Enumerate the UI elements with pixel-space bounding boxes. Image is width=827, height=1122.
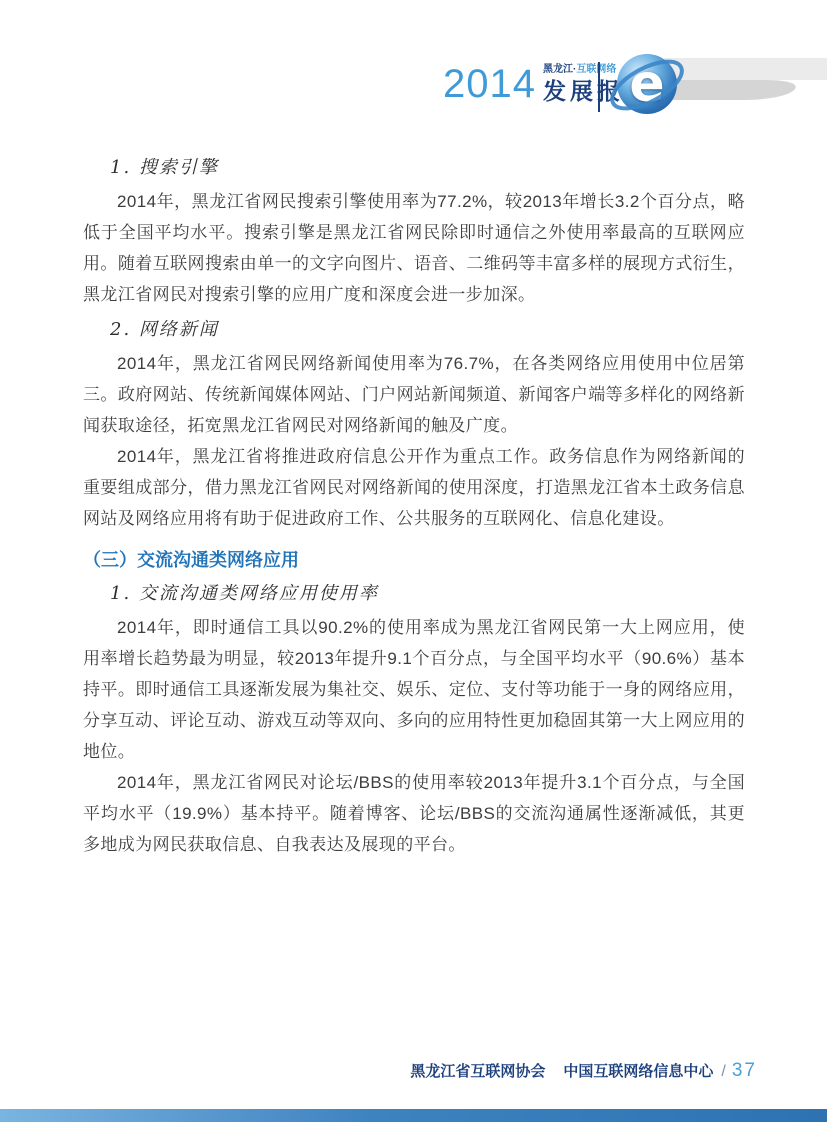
page-footer: 黑龙江省互联网协会 中国互联网络信息中心 / 37 — [410, 1060, 757, 1082]
header-divider — [598, 62, 600, 112]
page-number: 37 — [732, 1060, 757, 1082]
ie-globe-icon: e — [610, 47, 684, 121]
paragraph: 2014年，黑龙江省网民网络新闻使用率为76.7%，在各类网络应用使用中位居第三… — [83, 348, 745, 441]
sub-heading: 1. 交流沟通类网络应用使用率 — [83, 580, 745, 608]
report-page: 2014 黑龙江·互联网络 发展报告 e 1. 搜索引擎2014年，黑龙江省网民… — [0, 0, 827, 1122]
section-heading: （三）交流沟通类网络应用 — [83, 546, 745, 574]
footer-org-association: 黑龙江省互联网协会 — [410, 1060, 545, 1081]
footer-separator: / — [721, 1063, 725, 1081]
document-body: 1. 搜索引擎2014年，黑龙江省网民搜索引擎使用率为77.2%，较2013年增… — [83, 148, 745, 860]
sub-heading: 2. 网络新闻 — [83, 316, 745, 344]
brand-region-label: 黑龙江· — [543, 64, 576, 75]
paragraph: 2014年，黑龙江省网民对论坛/BBS的使用率较2013年提升3.1个百分点，与… — [83, 767, 745, 860]
bottom-blue-bar — [0, 1109, 827, 1122]
footer-org-cnnic: 中国互联网络信息中心 — [563, 1060, 713, 1081]
report-brand: 2014 黑龙江·互联网络 发展报告 — [443, 58, 593, 114]
globe-orbit-ring — [605, 45, 689, 125]
paragraph: 2014年，黑龙江省网民搜索引擎使用率为77.2%，较2013年增长3.2个百分… — [83, 186, 745, 310]
paragraph: 2014年，即时通信工具以90.2%的使用率成为黑龙江省网民第一大上网应用，使用… — [83, 612, 745, 767]
brand-year: 2014 — [443, 58, 536, 110]
sub-heading: 1. 搜索引擎 — [83, 154, 745, 182]
paragraph: 2014年，黑龙江省将推进政府信息公开作为重点工作。政务信息作为网络新闻的重要组… — [83, 441, 745, 534]
